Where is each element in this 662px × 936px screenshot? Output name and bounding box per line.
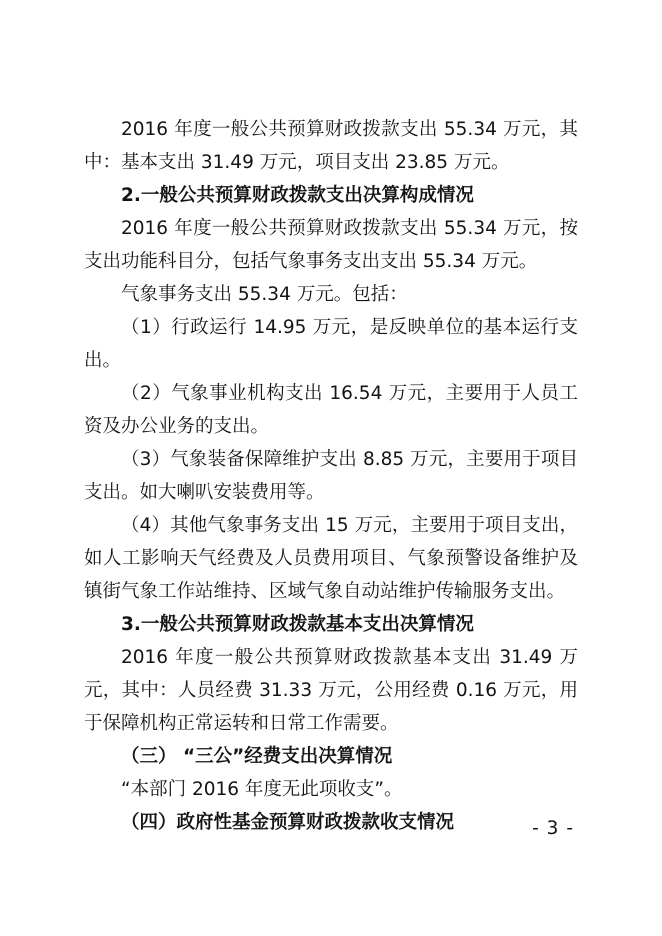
section-heading-government-fund-budget: （四）政府性基金预算财政拨款收支情况 (84, 806, 578, 839)
section-heading-three-public-expenses: （三） “三公”经费支出决算情况 (84, 740, 578, 773)
paragraph-meteorological-affairs-total: 气象事务支出 55.34 万元。包括： (84, 278, 578, 311)
paragraph-item-4-other-meteorological: （4）其他气象事务支出 15 万元，主要用于项目支出，如人工影响天气经费及人员费… (84, 509, 578, 608)
paragraph-basic-expenditure-detail: 2016 年度一般公共预算财政拨款基本支出 31.49 万元，其中：人员经费 3… (84, 641, 578, 740)
page-number: - 3 - (532, 812, 574, 845)
paragraph-expenditure-by-function: 2016 年度一般公共预算财政拨款支出 55.34 万元，按支出功能科目分，包括… (84, 212, 578, 278)
section-heading-2-expenditure-composition: 2.一般公共预算财政拨款支出决算构成情况 (84, 179, 578, 212)
document-page: 2016 年度一般公共预算财政拨款支出 55.34 万元，其中：基本支出 31.… (0, 0, 662, 936)
paragraph-item-2-meteorological-agency: （2）气象事业机构支出 16.54 万元，主要用于人员工资及办公业务的支出。 (84, 377, 578, 443)
paragraph-budget-expenditure-summary: 2016 年度一般公共预算财政拨款支出 55.34 万元，其中：基本支出 31.… (84, 113, 578, 179)
paragraph-item-3-equipment-maintenance: （3）气象装备保障维护支出 8.85 万元，主要用于项目支出。如大喇叭安装费用等… (84, 443, 578, 509)
document-body: 2016 年度一般公共预算财政拨款支出 55.34 万元，其中：基本支出 31.… (84, 113, 578, 839)
section-heading-3-basic-expenditure: 3.一般公共预算财政拨款基本支出决算情况 (84, 608, 578, 641)
paragraph-item-1-administrative-operation: （1）行政运行 14.95 万元，是反映单位的基本运行支出。 (84, 311, 578, 377)
paragraph-no-such-expenditure: “本部门 2016 年度无此项收支”。 (84, 773, 578, 806)
